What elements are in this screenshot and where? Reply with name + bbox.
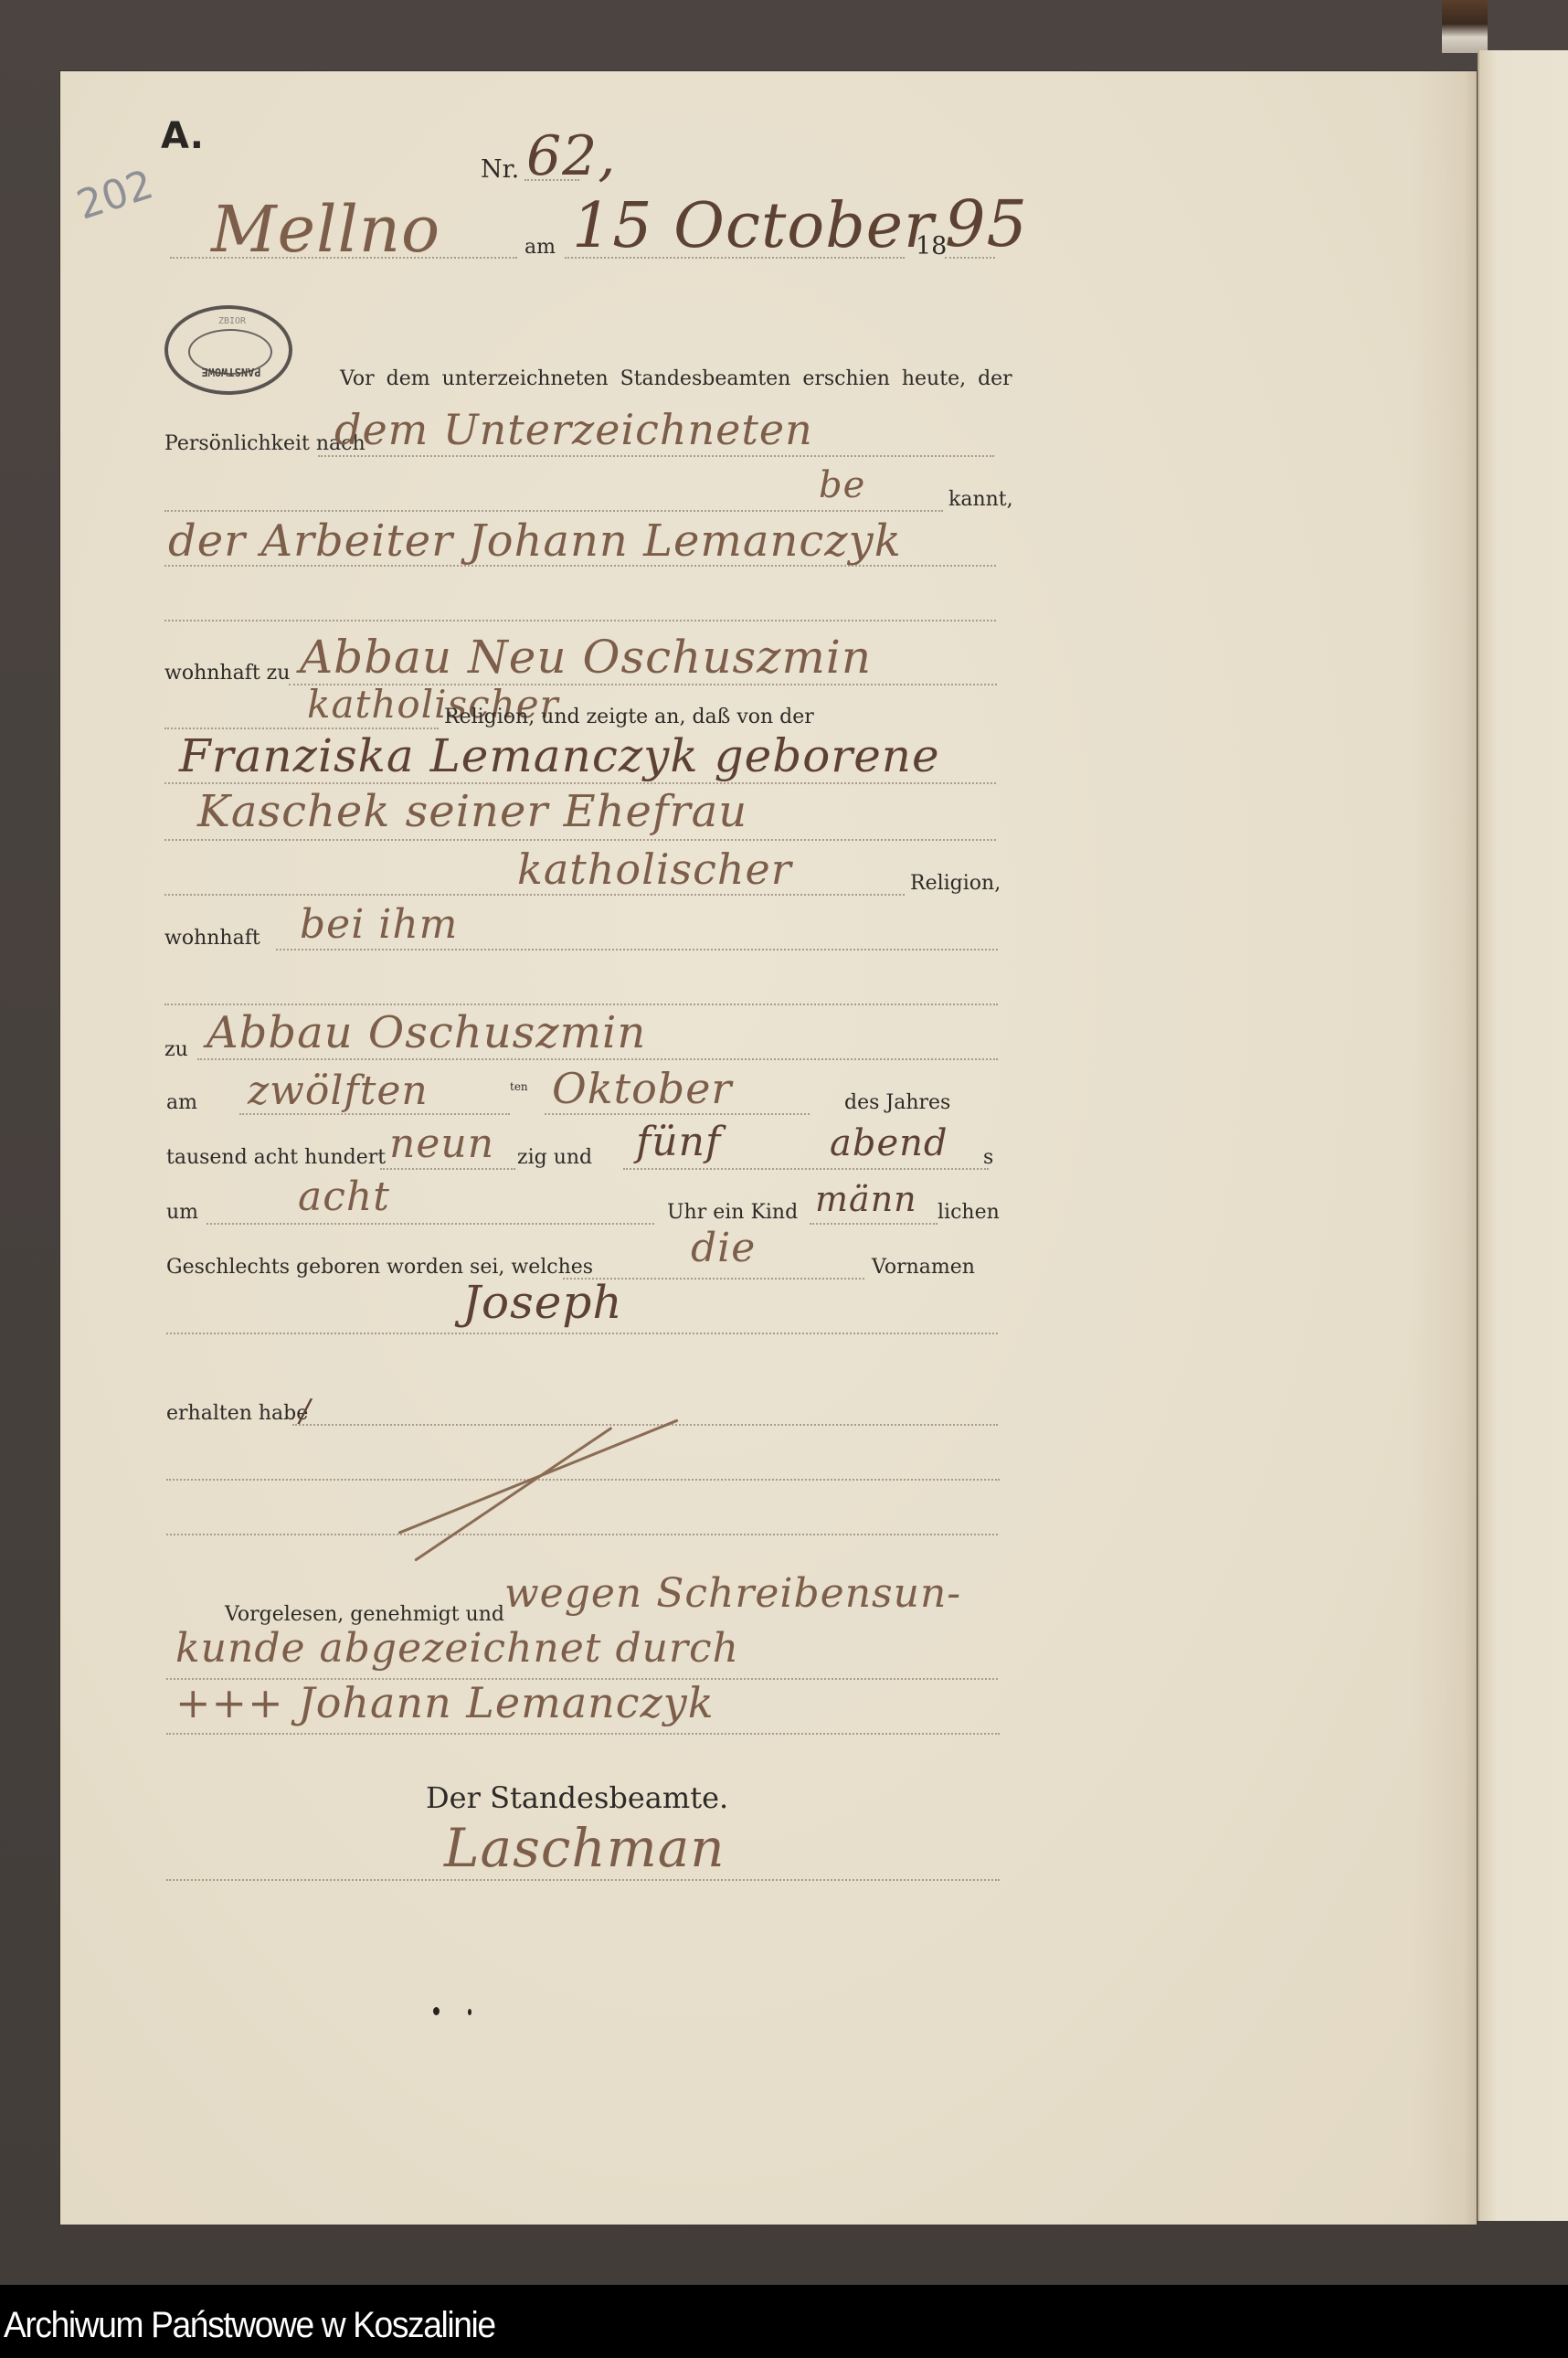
binding-thread <box>1442 0 1488 53</box>
time-of-day-suffix: s <box>983 1146 993 1169</box>
archive-stamp: ZBIOR PANSTWOWE <box>164 305 292 395</box>
known-line <box>164 510 943 512</box>
residence-value-2: bei ihm <box>300 901 458 948</box>
given-name-value: Joseph <box>462 1276 623 1329</box>
closing-hand-1: wegen Schreibensun- <box>504 1570 961 1617</box>
birth-day-value: zwölften <box>248 1067 429 1114</box>
adjacent-page <box>1478 50 1568 2221</box>
religion-clause: Religion, und zeigte an, daß von der <box>444 706 814 728</box>
birth-am-label: am <box>166 1091 197 1114</box>
stamp-top-text: ZBIOR <box>186 316 278 326</box>
record-number: 62, <box>526 124 616 188</box>
blank-line-3 <box>166 1479 1000 1481</box>
year-prefix: 18 <box>916 232 947 260</box>
intro-line: Vor dem unterzeichneten Standesbeamten e… <box>340 367 1012 390</box>
unit-value: fünf <box>636 1119 721 1165</box>
closing-label: Vorgelesen, genehmigt und <box>225 1603 504 1626</box>
religion-label-2: Religion, <box>910 872 1001 895</box>
birth-year-label: des Jahres <box>844 1091 950 1114</box>
closing-hand-2: kunde abgezeichnet durch <box>175 1625 739 1672</box>
page-shadow <box>1413 71 1477 2225</box>
archive-footer: Archiwum Państwowe w Koszalinie <box>0 2285 1568 2358</box>
official-label: Der Standesbeamte. <box>426 1780 728 1815</box>
received-mark: / <box>300 1393 311 1429</box>
identity-line <box>318 455 994 457</box>
religion-line-2 <box>164 894 905 896</box>
mother-value-1: Franziska Lemanczyk geborene <box>179 729 940 782</box>
blank-line-4 <box>166 1534 998 1535</box>
declarant-value: der Arbeiter Johann Lemanczyk <box>168 515 902 567</box>
birthplace-line <box>197 1058 998 1060</box>
year-suffix: 95 <box>945 186 1028 261</box>
archive-name: Archiwum Państwowe w Koszalinie <box>4 2305 495 2346</box>
official-signature: Laschman <box>444 1817 726 1879</box>
closing-hand-3: +++ Johann Lemanczyk <box>175 1678 715 1727</box>
thousand-label: tausend acht hundert <box>166 1146 386 1169</box>
mother-value-2: Kaschek seiner Ehefrau <box>197 786 747 837</box>
pencil-annotation: 202 <box>71 161 159 228</box>
decade-label: zig und <box>517 1146 592 1169</box>
ink-spot <box>433 2007 440 2015</box>
signature-line <box>166 1879 1000 1881</box>
hour-line <box>207 1223 654 1225</box>
decade-value: neun <box>389 1121 494 1167</box>
record-number-label: Nr. <box>481 155 519 184</box>
form-letter: A. <box>161 115 204 157</box>
sex-suffix: lichen <box>938 1201 1000 1224</box>
residence-label: wohnhaft zu <box>164 662 290 685</box>
given-name-line <box>166 1333 998 1334</box>
place-label: zu <box>164 1038 188 1061</box>
mother-line-2 <box>164 839 996 841</box>
blank-line-1 <box>164 620 996 621</box>
received-line <box>292 1424 998 1426</box>
identity-value: dem Unterzeichneten <box>334 405 813 454</box>
strike-stroke-2 <box>414 1427 612 1562</box>
date-value: 15 October <box>572 190 935 262</box>
residence-value: Abbau Neu Oschuszmin <box>300 631 872 684</box>
birth-month-value: Oktober <box>552 1064 732 1113</box>
known-label: kannt, <box>948 488 1013 511</box>
religion-value-2: katholischer <box>517 844 792 894</box>
decade-line <box>380 1168 515 1170</box>
document-page: A. 202 Nr. 62, Mellno am 15 October 18 9… <box>60 71 1477 2225</box>
residence-line-2 <box>276 949 998 951</box>
time-of-day-value: abend <box>830 1122 948 1164</box>
name-prefix-value: die <box>691 1225 756 1271</box>
birth-day-suffix: ten <box>510 1080 528 1093</box>
place-value: Mellno <box>211 192 440 267</box>
hour-value: acht <box>298 1174 390 1220</box>
sex-line <box>810 1223 938 1225</box>
closing-line-2 <box>166 1733 1000 1735</box>
blank-line-2 <box>164 1004 998 1005</box>
birth-month-line <box>545 1113 810 1115</box>
sex-value: männ <box>815 1179 917 1219</box>
mother-line-1 <box>164 782 996 784</box>
ink-spot-small <box>468 2009 471 2015</box>
clock-label: Uhr ein Kind <box>667 1201 798 1224</box>
received-label: erhalten habe <box>166 1402 308 1425</box>
unit-line <box>623 1168 989 1170</box>
hour-label: um <box>166 1201 198 1224</box>
birthplace-value: Abbau Oschuszmin <box>207 1007 646 1058</box>
names-label: Vornamen <box>872 1256 975 1279</box>
known-suffix: be <box>819 464 865 506</box>
residence-label-2: wohnhaft <box>164 927 260 950</box>
stamp-bottom-text: PANSTWOWE <box>181 366 281 378</box>
date-am-label: am <box>524 236 556 259</box>
